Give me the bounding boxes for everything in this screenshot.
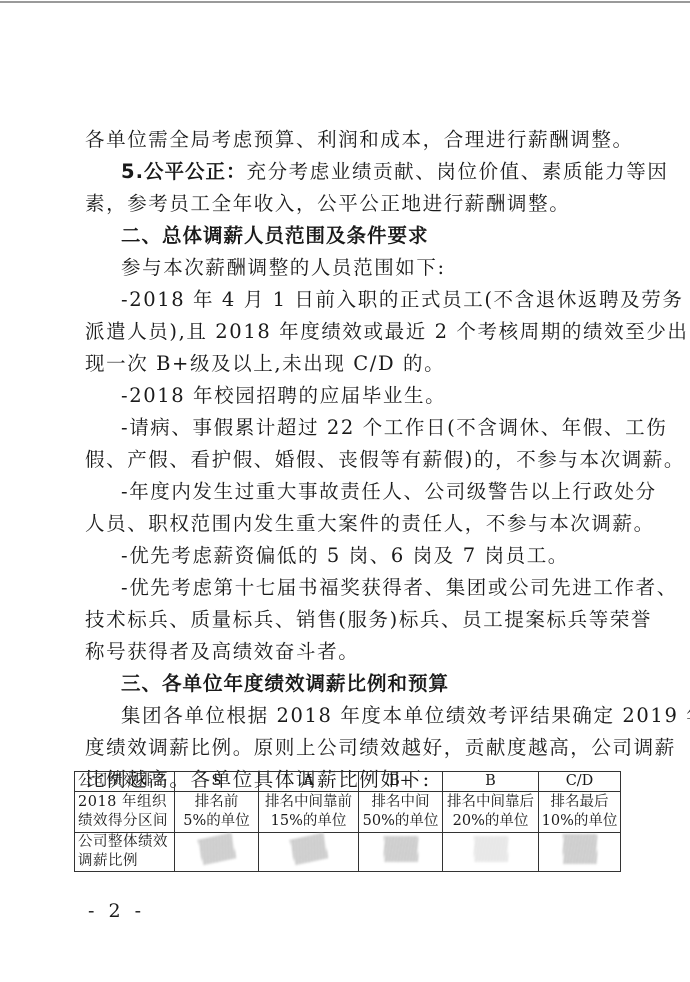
paragraph-line: -请病、事假累计超过 22 个工作日(不含调休、年假、工伤 xyxy=(121,416,667,440)
row-label-line: 调薪比例 xyxy=(78,853,138,869)
redacted-cell xyxy=(259,833,359,872)
paragraph-line: 各单位需全局考虑预算、利润和成本，合理进行薪酬调整。 xyxy=(85,128,634,152)
principle-heading: 5.公平公正： xyxy=(121,160,246,183)
paragraph-line: 参与本次薪酬调整的人员范围如下: xyxy=(121,256,446,280)
cell-line: 排名前 xyxy=(195,794,239,810)
row-label-line: 绩效得分区间 xyxy=(78,813,168,829)
header-cell: C/D xyxy=(539,772,621,792)
paragraph-line: 5.公平公正：充分考虑业绩贡献、岗位价值、素质能力等因 xyxy=(121,160,669,184)
header-cell: B+ xyxy=(359,772,443,792)
cell-line: 排名最后 xyxy=(551,794,609,810)
paragraph-line: -2018 年 4 月 1 日前入职的正式员工(不含退休返聘及劳务 xyxy=(121,288,683,312)
table-cell: 排名中间靠前15%的单位 xyxy=(259,792,359,833)
paragraph-line: -年度内发生过重大事故责任人、公司级警告以上行政处分 xyxy=(121,480,657,504)
redaction-scribble xyxy=(384,836,418,862)
table-row: 2018 年组织绩效得分区间 排名前5%的单位 排名中间靠前15%的单位 排名中… xyxy=(75,792,621,833)
redaction-scribble xyxy=(563,834,597,864)
row-label-line: 公司整体绩效 xyxy=(78,834,168,850)
paragraph-line: 派遣人员),且 2018 年度绩效或最近 2 个考核周期的绩效至少出 xyxy=(85,320,689,344)
section-heading-3: 三、各单位年度绩效调薪比例和预算 xyxy=(121,672,449,696)
paragraph-line: -优先考虑薪资偏低的 5 岗、6 岗及 7 岗员工。 xyxy=(121,544,569,568)
paragraph-line: -2018 年校园招聘的应届毕业生。 xyxy=(121,384,446,408)
paragraph-line: 称号获得者及高绩效奋斗者。 xyxy=(85,640,359,664)
table-cell: 排名中间50%的单位 xyxy=(359,792,443,833)
paragraph-line: -优先考虑第十七届书福奖获得者、集团或公司先进工作者、 xyxy=(121,576,678,600)
paragraph-line: 技术标兵、质量标兵、销售(服务)标兵、员工提案标兵等荣誉 xyxy=(85,608,652,632)
header-cell: A xyxy=(259,772,359,792)
principle-text: 充分考虑业绩贡献、岗位价值、素质能力等因 xyxy=(246,160,668,183)
paragraph-line: 现一次 B+级及以上,未出现 C/D 的。 xyxy=(85,352,445,376)
section-heading-2: 二、总体调薪人员范围及条件要求 xyxy=(121,224,429,248)
cell-line: 排名中间靠后 xyxy=(447,794,534,810)
row-label-line: 2018 年组织 xyxy=(78,794,167,810)
table-row: 公司整体绩效调薪比例 xyxy=(75,833,621,872)
scan-top-edge xyxy=(0,1,690,3)
table-cell: 排名中间靠后20%的单位 xyxy=(443,792,539,833)
redacted-cell xyxy=(539,833,621,872)
table-cell: 排名最后10%的单位 xyxy=(539,792,621,833)
salary-ratio-table: 公司绩效排名 S A B+ B C/D 2018 年组织绩效得分区间 排名前5%… xyxy=(74,771,621,872)
redaction-scribble xyxy=(289,833,328,866)
table-header-row: 公司绩效排名 S A B+ B C/D xyxy=(75,772,621,792)
page-number: - 2 - xyxy=(88,900,145,922)
cell-line: 排名中间靠前 xyxy=(265,794,352,810)
cell-line: 50%的单位 xyxy=(363,813,439,829)
cell-line: 排名中间 xyxy=(372,794,430,810)
redaction-scribble xyxy=(197,833,236,866)
cell-line: 5%的单位 xyxy=(183,813,250,829)
header-cell: 公司绩效排名 xyxy=(75,772,175,792)
paragraph-line: 度绩效调薪比例。原则上公司绩效越好，贡献度越高，公司调薪 xyxy=(85,736,676,760)
cell-line: 15%的单位 xyxy=(271,813,347,829)
paragraph-line: 集团各单位根据 2018 年度本单位绩效考评结果确定 2019 年 xyxy=(121,704,690,728)
row-label: 2018 年组织绩效得分区间 xyxy=(75,792,175,833)
cell-line: 10%的单位 xyxy=(542,813,618,829)
paragraph-line: 人员、职权范围内发生重大案件的责任人，不参与本次调薪。 xyxy=(85,512,655,536)
row-label: 公司整体绩效调薪比例 xyxy=(75,833,175,872)
table-cell: 排名前5%的单位 xyxy=(175,792,259,833)
header-cell: B xyxy=(443,772,539,792)
paragraph-line: 素，参考员工全年收入，公平公正地进行薪酬调整。 xyxy=(85,192,570,216)
header-cell: S xyxy=(175,772,259,792)
paragraph-line: 假、产假、看护假、婚假、丧假等有薪假)的，不参与本次调薪。 xyxy=(85,448,685,472)
redacted-cell xyxy=(175,833,259,872)
cell-line: 20%的单位 xyxy=(453,813,529,829)
redacted-cell xyxy=(443,833,539,872)
redacted-cell xyxy=(359,833,443,872)
redaction-scribble xyxy=(474,836,508,862)
